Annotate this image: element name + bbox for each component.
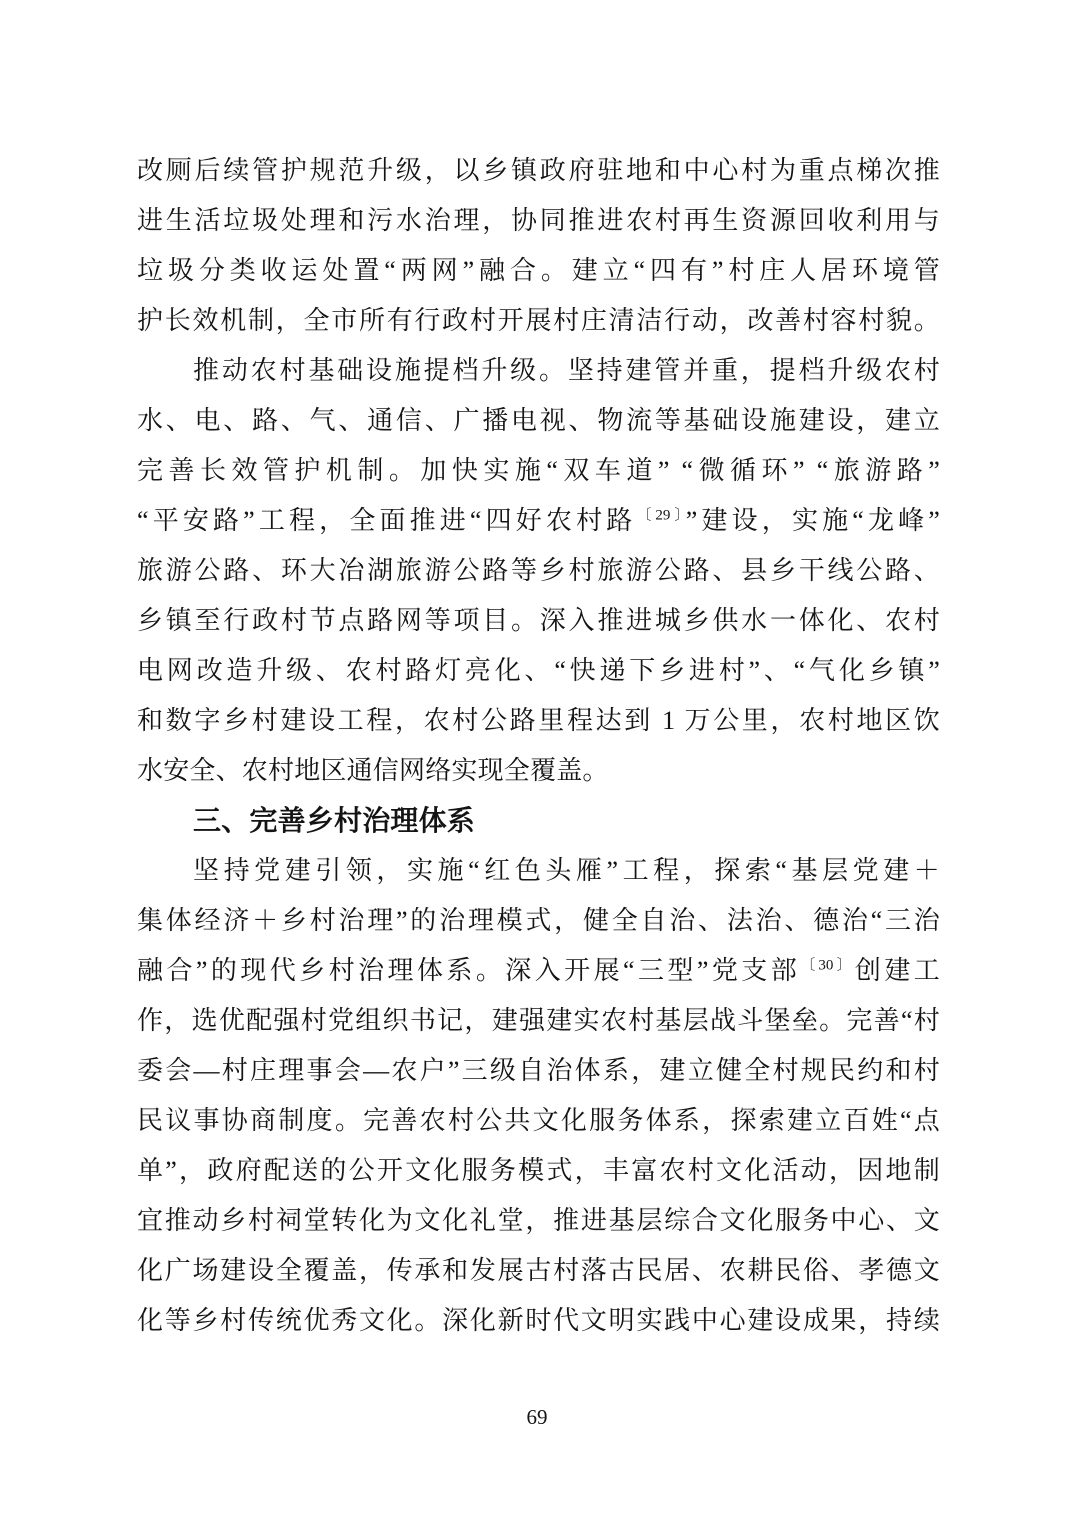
body-line-text: 创建工 [855,956,940,985]
paragraph-first-line: 推动农村基础设施提档升级。坚持建管并重，提档升级农村 [137,346,940,396]
page-number: 69 [0,1402,1074,1432]
footnote-ref-30: 〔30〕 [800,957,855,973]
footnote-ref-29: 〔29〕 [636,507,685,523]
body-line: 融合”的现代乡村治理体系。深入开展“三型”党支部〔30〕创建工 [137,946,940,996]
page-body-text: 改厕后续管护规范升级，以乡镇政府驻地和中心村为重点梯次推 进生活垃圾处理和污水治… [137,146,940,1346]
document-page: 改厕后续管护规范升级，以乡镇政府驻地和中心村为重点梯次推 进生活垃圾处理和污水治… [0,0,1074,1520]
body-line: 垃圾分类收运处置“两网”融合。建立“四有”村庄人居环境管 [137,246,940,296]
body-line: 和数字乡村建设工程，农村公路里程达到 1 万公里，农村地区饮 [137,696,940,746]
body-line: 旅游公路、环大冶湖旅游公路等乡村旅游公路、县乡干线公路、 [137,546,940,596]
body-line: 单”，政府配送的公开文化服务模式，丰富农村文化活动，因地制 [137,1146,940,1196]
body-line: 护长效机制，全市所有行政村开展村庄清洁行动，改善村容村貌。 [137,296,940,346]
paragraph-last-line: 水安全、农村地区通信网络实现全覆盖。 [137,746,940,796]
body-line: 完善长效管护机制。加快实施“双车道” “微循环” “旅游路” [137,446,940,496]
body-line-text: ”建设，实施“龙峰” [686,506,940,535]
body-line: “平安路”工程，全面推进“四好农村路〔29〕”建设，实施“龙峰” [137,496,940,546]
section-heading: 三、完善乡村治理体系 [137,796,940,846]
body-line: 作，选优配强村党组织书记，建强建实农村基层战斗堡垒。完善“村 [137,996,940,1046]
body-line: 水、电、路、气、通信、广播电视、物流等基础设施建设，建立 [137,396,940,446]
body-line: 乡镇至行政村节点路网等项目。深入推进城乡供水一体化、农村 [137,596,940,646]
body-line: 宜推动乡村祠堂转化为文化礼堂，推进基层综合文化服务中心、文 [137,1196,940,1246]
paragraph-first-line: 坚持党建引领，实施“红色头雁”工程，探索“基层党建＋ [137,846,940,896]
body-line: 民议事协商制度。完善农村公共文化服务体系，探索建立百姓“点 [137,1096,940,1146]
body-line: 集体经济＋乡村治理”的治理模式，健全自治、法治、德治“三治 [137,896,940,946]
body-line: 改厕后续管护规范升级，以乡镇政府驻地和中心村为重点梯次推 [137,146,940,196]
body-line-text: 融合”的现代乡村治理体系。深入开展“三型”党支部 [137,956,800,985]
body-line: 电网改造升级、农村路灯亮化、“快递下乡进村”、“气化乡镇” [137,646,940,696]
body-line: 委会—村庄理事会—农户”三级自治体系，建立健全村规民约和村 [137,1046,940,1096]
body-line-text: “平安路”工程，全面推进“四好农村路 [137,506,636,535]
body-line: 化广场建设全覆盖，传承和发展古村落古民居、农耕民俗、孝德文 [137,1246,940,1296]
body-line: 进生活垃圾处理和污水治理，协同推进农村再生资源回收利用与 [137,196,940,246]
body-line: 化等乡村传统优秀文化。深化新时代文明实践中心建设成果，持续 [137,1296,940,1346]
